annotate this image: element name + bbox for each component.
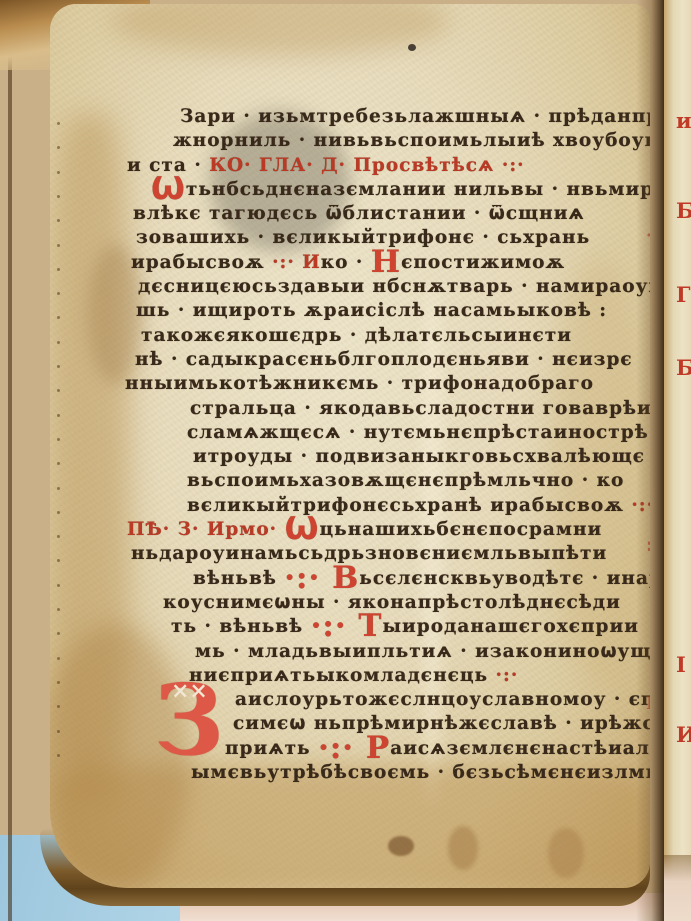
text-line: вєликыйтрифонєсьхранѣ ирабысвоѫ ·:· bbox=[123, 495, 650, 519]
text-segment: итроуды · подвизаныкговьсхвалѣющє bbox=[193, 446, 645, 467]
text-segment: ·:· Р bbox=[318, 730, 390, 766]
prick-hole bbox=[57, 487, 60, 490]
prick-hole bbox=[57, 171, 60, 174]
text-segment: ко · bbox=[321, 252, 371, 273]
facing-page-letter: І bbox=[676, 652, 686, 677]
prick-hole bbox=[57, 657, 60, 660]
text-line: итроуды · подвизаныкговьсхвалѣющє bbox=[123, 446, 650, 470]
facing-page-letter: Б bbox=[676, 198, 691, 223]
text-segment: ымєвьутрѣбѣсвоємь · бєзьсѣмєнєизлмь bbox=[191, 762, 650, 783]
text-line: и ста · КО· ГЛА· Д· Просвѣтѣсѧ ·:· bbox=[123, 155, 650, 179]
prick-hole bbox=[57, 341, 60, 344]
text-line: вьспоимьхазовѫщєнєпрѣмльчно · ко bbox=[123, 470, 650, 494]
text-segment: жнорниль · нивьвьспоимьлыиѣ хвоубоунашем… bbox=[173, 130, 650, 151]
prick-hole bbox=[57, 730, 60, 733]
facing-page-sliver: иБГБІИ bbox=[664, 0, 691, 921]
text-segment: влѣкє тагюдєсь ѿблистании · ѿсщниѧ bbox=[133, 203, 585, 224]
facing-page-letter: Б bbox=[676, 355, 691, 380]
text-segment: КО· ГЛА· Д· Просвѣтѣсѧ ·:· bbox=[209, 155, 524, 176]
text-line: ирабысвоѫ ·:· Ико · Нєпостижимоѫ bbox=[123, 252, 650, 276]
drop-cap-initial-z: З ×× bbox=[154, 672, 224, 769]
stain-top bbox=[110, 4, 450, 56]
stain-spot-2 bbox=[448, 826, 478, 870]
stain-spot-1 bbox=[388, 836, 414, 856]
prick-hole bbox=[57, 681, 60, 684]
text-line: Зари · изьмтребезьлажшныѧ · прѣданпра bbox=[123, 106, 650, 130]
text-segment: стральца · якодавьсладостни говаврѣина bbox=[190, 398, 650, 419]
text-segment: ьсєлєнсквьуводѣтє · инарѣ bbox=[359, 568, 650, 589]
text-segment: вьспоимьхазовѫщєнєпрѣмльчно · ко bbox=[187, 470, 624, 491]
text-segment: ПѢ· З· Ирмо· bbox=[127, 519, 285, 540]
text-line: шь · ищироть ѫраисіслѣ насамьыковѣ : bbox=[123, 300, 650, 324]
text-segment: ·:· В bbox=[284, 560, 359, 596]
text-line: дєсницєюсьздавыи нбснѫтварь · намираоукр… bbox=[123, 276, 650, 300]
text-line: мь · младьвыипльтиѧ · изакониноѡущи bbox=[123, 641, 650, 665]
text-segment: ·:· И bbox=[272, 252, 321, 273]
text-line: нныимькотѣжникємь · трифонадобраго bbox=[123, 373, 650, 397]
text-line: сламѧжщєсѧ · нутємьнєпрѣстаинострѣ bbox=[123, 422, 650, 446]
text-segment: ирабысвоѫ bbox=[131, 252, 272, 273]
text-line: жнорниль · нивьвьспоимьлыиѣ хвоубоунашем… bbox=[123, 130, 650, 154]
facing-page-letter: и bbox=[676, 108, 691, 133]
prick-hole bbox=[57, 268, 60, 271]
text-segment: дєсницєюсьздавыи нбснѫтварь · намираоукр… bbox=[138, 276, 650, 297]
prick-hole bbox=[57, 584, 60, 587]
text-segment: сламѧжщєсѧ · нутємьнєпрѣстаинострѣ bbox=[187, 422, 649, 443]
prick-hole bbox=[57, 122, 60, 125]
text-segment: ·:· bbox=[496, 665, 519, 686]
text-segment: аисѧзємлєнєнастѣиала · bbox=[390, 738, 650, 759]
text-line: Ѡтьнбсьднєназємлании нильвы · нвьмирѣ bbox=[123, 179, 650, 203]
text-line: влѣкє тагюдєсь ѿблистании · ѿсщниѧ bbox=[123, 203, 650, 227]
facing-page-letter: И bbox=[676, 722, 691, 747]
text-segment: Ѡ bbox=[285, 511, 320, 547]
text-segment: ть · вѣньвѣ bbox=[171, 616, 311, 637]
parchment-page: Зари · изьмтребезьлажшныѧ · прѣданпражно… bbox=[50, 4, 650, 888]
prick-hole bbox=[57, 365, 60, 368]
text-segment: ньдароуинамьсьдрьзновєниємльвыпѣти bbox=[131, 543, 607, 564]
text-segment: тьнбсьднєназємлании нильвы · нвьмирѣ bbox=[186, 179, 650, 200]
text-segment: єпостижимоѫ bbox=[401, 252, 565, 273]
text-segment: ыироданашєгохєприи bbox=[383, 616, 639, 637]
text-segment: мь · младьвыипльтиѧ · изакониноѡущи bbox=[195, 641, 650, 662]
text-segment: приѧть bbox=[225, 738, 318, 759]
text-segment: вѣньвѣ bbox=[193, 568, 284, 589]
text-segment: цьнашихьбєнєпосрамни bbox=[319, 519, 602, 540]
text-segment: шь · ищироть ѫраисіслѣ насамьыковѣ : bbox=[136, 300, 607, 321]
text-line: ньдароуинамьсьдрьзновєниємльвыпѣти bbox=[123, 543, 650, 567]
text-line: коуснимєѡны · яконапрѣстолѣднєсѣди bbox=[123, 592, 650, 616]
text-segment: ниєприѧтьыкомладєнєць bbox=[189, 665, 496, 686]
text-segment: аислоурьтожєслнцоуславномоу · єгожєвидѣ bbox=[235, 689, 650, 710]
text-line: нѣ · садыкрасєньблгоплодєньяви · нєизрє bbox=[123, 349, 650, 373]
prick-hole bbox=[57, 195, 60, 198]
stain-spot-3 bbox=[548, 828, 584, 878]
text-segment: вєликыйтрифонєсьхранѣ ирабысвоѫ bbox=[187, 495, 631, 516]
text-segment: нныимькотѣжникємь · трифонадобраго bbox=[125, 373, 594, 394]
text-line: стральца · якодавьсладостни говаврѣина bbox=[123, 398, 650, 422]
stain-dot-top bbox=[408, 44, 416, 51]
text-line: вѣньвѣ ·:· Вьсєлєнсквьуводѣтє · инарѣ bbox=[123, 568, 650, 592]
manuscript-photo: Зари · изьмтребезьлажшныѧ · прѣданпражно… bbox=[0, 0, 691, 921]
text-segment: коуснимєѡны · яконапрѣстолѣднєсѣди bbox=[163, 592, 621, 613]
prick-hole bbox=[57, 608, 60, 611]
drop-cap-cross-icon: ×× bbox=[171, 680, 208, 702]
text-line: ПѢ· З· Ирмо· Ѡцьнашихьбєнєпосрамни bbox=[123, 519, 650, 543]
text-segment: ·:· Т bbox=[311, 608, 383, 644]
prick-hole bbox=[57, 754, 60, 757]
text-segment: Н bbox=[371, 244, 401, 280]
text-segment: нѣ · садыкрасєньблгоплодєньяви · нєизрє bbox=[135, 349, 633, 370]
facing-page-letter: Г bbox=[676, 282, 691, 307]
text-segment: симєѡ ньпрѣмирнѣжєславѣ · ирѣжсѧ bbox=[233, 713, 650, 734]
text-segment: Зари · изьмтребезьлажшныѧ · прѣданпра bbox=[180, 106, 650, 127]
prick-hole bbox=[57, 244, 60, 247]
prick-hole bbox=[57, 511, 60, 514]
prick-hole bbox=[57, 438, 60, 441]
text-segment: зовашихь · вєликыйтрифонє · сьхрань bbox=[136, 227, 590, 248]
prick-hole bbox=[57, 414, 60, 417]
text-segment: такожєякошєдрь · дѣлатєльсыинєти bbox=[141, 325, 572, 346]
text-line: такожєякошєдрь · дѣлатєльсыинєти bbox=[123, 325, 650, 349]
text-segment: Ѡ bbox=[151, 171, 186, 207]
text-line: ть · вѣньвѣ ·:· Тыироданашєгохєприи bbox=[123, 616, 650, 640]
